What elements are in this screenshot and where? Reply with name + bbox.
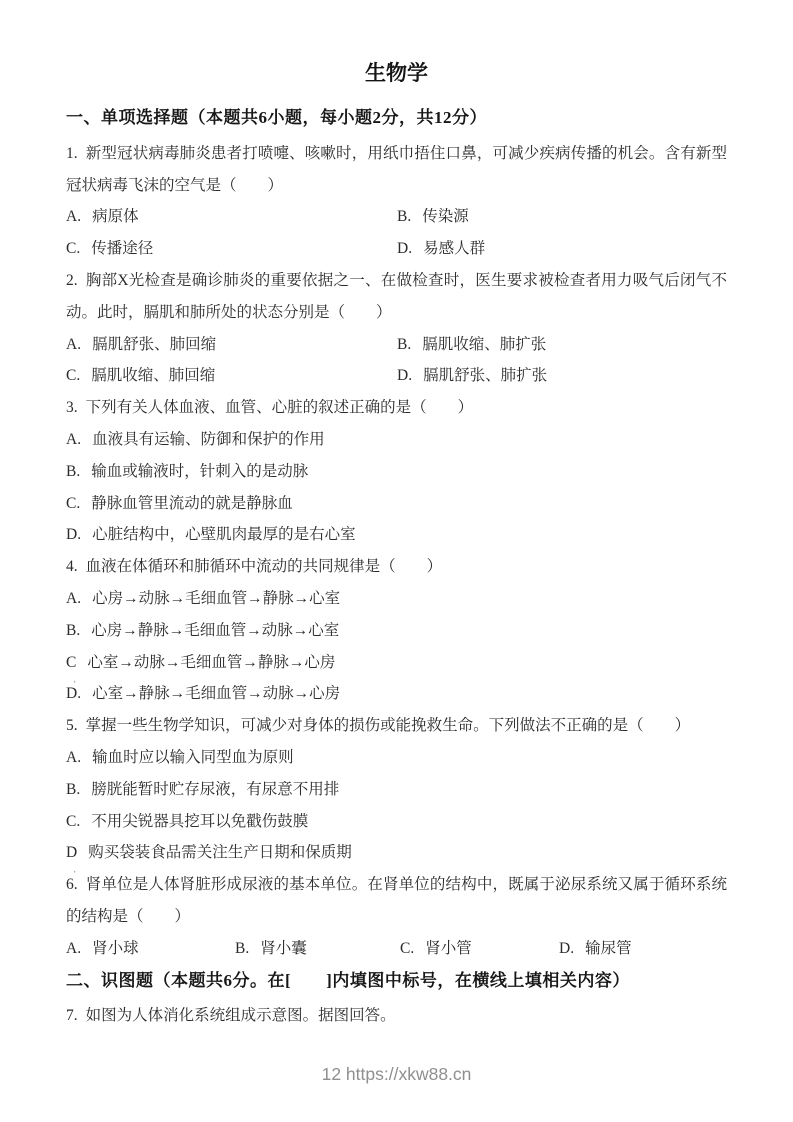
option: B.心房→静脉→毛细血管→动脉→心室 — [66, 615, 727, 647]
option-label: D. — [66, 526, 81, 543]
option-row: A.血液具有运输、防御和保护的作用 — [66, 424, 727, 456]
option-label: D. — [397, 240, 412, 257]
option-label: D. — [66, 685, 81, 702]
option-text: 心室→静脉→毛细血管→动脉→心房 — [92, 685, 340, 702]
option: A.血液具有运输、防御和保护的作用 — [66, 424, 727, 456]
section-heading: 一、单项选择题（本题共6小题，每小题2分，共12分） — [66, 102, 727, 134]
option-label: A. — [66, 590, 81, 607]
option: C.肾小管 — [400, 933, 559, 965]
option-label: C — [66, 654, 76, 671]
option: C.传播途径 — [66, 233, 397, 265]
question-stem-text: 肾单位是人体肾脏形成尿液的基本单位。在肾单位的结构中，既属于泌尿系统又属于循环系… — [66, 876, 727, 925]
option-label: D. — [559, 940, 574, 957]
option-text: 购买袋装食品需关注生产日期和保质期 — [88, 844, 352, 861]
question-stem-text: 掌握一些生物学知识，可减少对身体的损伤或能挽救生命。下列做法不正确的是（ ） — [86, 717, 691, 734]
option-row: C.传播途径D.易感人群 — [66, 233, 727, 265]
stray-mark: ˈ — [73, 860, 77, 892]
question-number: 4. — [66, 558, 78, 575]
option-label: C. — [66, 813, 80, 830]
option-text: 膀胱能暂时贮存尿液，有尿意不用排 — [91, 781, 339, 798]
option: B.膈肌收缩、肺扩张 — [397, 329, 727, 361]
question-stem: 4.血液在体循环和肺循环中流动的共同规律是（ ） — [66, 551, 727, 583]
option-label: A. — [66, 431, 81, 448]
option: D.膈肌舒张、肺扩张 — [397, 360, 727, 392]
option-label: B. — [66, 781, 80, 798]
option-label: D. — [397, 367, 412, 384]
question-number: 5. — [66, 717, 78, 734]
question-number: 3. — [66, 399, 78, 416]
option-label: C. — [400, 940, 414, 957]
question-stem: 6.肾单位是人体肾脏形成尿液的基本单位。在肾单位的结构中，既属于泌尿系统又属于循… — [66, 869, 727, 933]
option: D购买袋装食品需关注生产日期和保质期ˈ — [66, 837, 727, 869]
option-text: 膈肌舒张、肺扩张 — [423, 367, 547, 384]
option-label: A. — [66, 208, 81, 225]
option-row: B.心房→静脉→毛细血管→动脉→心室 — [66, 615, 727, 647]
option-row: C.膈肌收缩、肺回缩D.膈肌舒张、肺扩张 — [66, 360, 727, 392]
question-number: 1. — [66, 145, 78, 162]
option-label: A. — [66, 336, 81, 353]
question-stem-text: 下列有关人体血液、血管、心脏的叙述正确的是（ ） — [86, 399, 474, 416]
question-number: 2. — [66, 272, 78, 289]
option-label: C. — [66, 367, 80, 384]
question-stem-text: 胸部X光检查是确诊肺炎的重要依据之一、在做检查时，医生要求被检查者用力吸气后闭气… — [66, 272, 727, 321]
option: B.传染源 — [397, 201, 727, 233]
option-row: B.膀胱能暂时贮存尿液，有尿意不用排 — [66, 774, 727, 806]
option: C.静脉血管里流动的就是静脉血 — [66, 488, 727, 520]
option-text: 病原体 — [92, 208, 139, 225]
question: 7.如图为人体消化系统组成示意图。据图回答。 — [66, 1000, 727, 1032]
option-row: A.膈肌舒张、肺回缩B.膈肌收缩、肺扩张 — [66, 329, 727, 361]
question-stem: 2.胸部X光检查是确诊肺炎的重要依据之一、在做检查时，医生要求被检查者用力吸气后… — [66, 265, 727, 329]
page-footer: 12 https://xkw88.cn — [0, 1064, 793, 1085]
option-text: 肾小囊 — [260, 940, 307, 957]
exam-page: 生物学 一、单项选择题（本题共6小题，每小题2分，共12分）1.新型冠状病毒肺炎… — [0, 0, 793, 1122]
option: D.心脏结构中，心壁肌肉最厚的是右心室 — [66, 519, 727, 551]
option-text: 心房→动脉→毛细血管→静脉→心室 — [92, 590, 340, 607]
option-text: 不用尖锐器具挖耳以免戳伤鼓膜 — [91, 813, 308, 830]
option: D.易感人群 — [397, 233, 727, 265]
question-stem-text: 新型冠状病毒肺炎患者打喷嚏、咳嗽时，用纸巾捂住口鼻，可减少疾病传播的机会。含有新… — [66, 145, 727, 194]
option-label: B. — [397, 336, 411, 353]
option: D.输尿管 — [559, 933, 727, 965]
option-text: 肾小管 — [425, 940, 472, 957]
option-label: C. — [66, 495, 80, 512]
option-label: B. — [66, 463, 80, 480]
option-text: 静脉血管里流动的就是静脉血 — [91, 495, 293, 512]
question: 5.掌握一些生物学知识，可减少对身体的损伤或能挽救生命。下列做法不正确的是（ ）… — [66, 710, 727, 869]
option-text: 膈肌收缩、肺回缩 — [91, 367, 215, 384]
document-body: 一、单项选择题（本题共6小题，每小题2分，共12分）1.新型冠状病毒肺炎患者打喷… — [66, 102, 727, 1032]
option-row: D购买袋装食品需关注生产日期和保质期ˈ — [66, 837, 727, 869]
option: B.膀胱能暂时贮存尿液，有尿意不用排 — [66, 774, 727, 806]
option-text: 传染源 — [422, 208, 469, 225]
option: C.不用尖锐器具挖耳以免戳伤鼓膜 — [66, 806, 727, 838]
option-row: A.心房→动脉→毛细血管→静脉→心室 — [66, 583, 727, 615]
option-text: 心房→静脉→毛细血管→动脉→心室 — [91, 622, 339, 639]
option: B.肾小囊 — [235, 933, 400, 965]
option-text: 易感人群 — [423, 240, 485, 257]
option: D.心室→静脉→毛细血管→动脉→心房 — [66, 678, 727, 710]
option-row: A.输血时应以输入同型血为原则 — [66, 742, 727, 774]
option: A.心房→动脉→毛细血管→静脉→心室 — [66, 583, 727, 615]
option-label: A. — [66, 940, 81, 957]
question: 4.血液在体循环和肺循环中流动的共同规律是（ ）A.心房→动脉→毛细血管→静脉→… — [66, 551, 727, 710]
exam-title: 生物学 — [66, 56, 727, 90]
option-text: 输尿管 — [585, 940, 632, 957]
option: C心室→动脉→毛细血管→静脉→心房ˈ — [66, 647, 727, 679]
option-text: 心脏结构中，心壁肌肉最厚的是右心室 — [92, 526, 356, 543]
question-stem-text: 血液在体循环和肺循环中流动的共同规律是（ ） — [86, 558, 443, 575]
question-stem-text: 如图为人体消化系统组成示意图。据图回答。 — [86, 1007, 396, 1024]
option-row: C心室→动脉→毛细血管→静脉→心房ˈ — [66, 647, 727, 679]
option-label: C. — [66, 240, 80, 257]
question: 1.新型冠状病毒肺炎患者打喷嚏、咳嗽时，用纸巾捂住口鼻，可减少疾病传播的机会。含… — [66, 138, 727, 265]
option-row: A.病原体B.传染源 — [66, 201, 727, 233]
option-label: B. — [397, 208, 411, 225]
option-text: 输血或输液时，针刺入的是动脉 — [91, 463, 308, 480]
option-text: 血液具有运输、防御和保护的作用 — [92, 431, 325, 448]
question-stem: 3.下列有关人体血液、血管、心脏的叙述正确的是（ ） — [66, 392, 727, 424]
question: 2.胸部X光检查是确诊肺炎的重要依据之一、在做检查时，医生要求被检查者用力吸气后… — [66, 265, 727, 392]
option-label: A. — [66, 749, 81, 766]
question-stem: 1.新型冠状病毒肺炎患者打喷嚏、咳嗽时，用纸巾捂住口鼻，可减少疾病传播的机会。含… — [66, 138, 727, 202]
option-text: 肾小球 — [92, 940, 139, 957]
option-row: A.肾小球B.肾小囊C.肾小管D.输尿管 — [66, 933, 727, 965]
option: A.输血时应以输入同型血为原则 — [66, 742, 727, 774]
option-text: 膈肌舒张、肺回缩 — [92, 336, 216, 353]
option-text: 心室→动脉→毛细血管→静脉→心房 — [87, 654, 335, 671]
option-row: C.不用尖锐器具挖耳以免戳伤鼓膜 — [66, 806, 727, 838]
option-row: C.静脉血管里流动的就是静脉血 — [66, 488, 727, 520]
option-text: 输血时应以输入同型血为原则 — [92, 749, 294, 766]
option-text: 传播途径 — [91, 240, 153, 257]
option-label: B. — [66, 622, 80, 639]
option-label: B. — [235, 940, 249, 957]
section-heading: 二、识图题（本题共6分。在[ ]内填图中标号，在横线上填相关内容） — [66, 965, 727, 997]
footer-text: 12 https://xkw88.cn — [322, 1064, 472, 1084]
question: 3.下列有关人体血液、血管、心脏的叙述正确的是（ ）A.血液具有运输、防御和保护… — [66, 392, 727, 551]
question-stem: 5.掌握一些生物学知识，可减少对身体的损伤或能挽救生命。下列做法不正确的是（ ） — [66, 710, 727, 742]
option-label: D — [66, 844, 77, 861]
question-stem: 7.如图为人体消化系统组成示意图。据图回答。 — [66, 1000, 727, 1032]
question-number: 7. — [66, 1007, 78, 1024]
option-row: D.心脏结构中，心壁肌肉最厚的是右心室 — [66, 519, 727, 551]
option: A.膈肌舒张、肺回缩 — [66, 329, 397, 361]
option: A.肾小球 — [66, 933, 235, 965]
option: B.输血或输液时，针刺入的是动脉 — [66, 456, 727, 488]
option: A.病原体 — [66, 201, 397, 233]
question: 6.肾单位是人体肾脏形成尿液的基本单位。在肾单位的结构中，既属于泌尿系统又属于循… — [66, 869, 727, 964]
option-row: B.输血或输液时，针刺入的是动脉 — [66, 456, 727, 488]
option-row: D.心室→静脉→毛细血管→动脉→心房 — [66, 678, 727, 710]
option-text: 膈肌收缩、肺扩张 — [422, 336, 546, 353]
option: C.膈肌收缩、肺回缩 — [66, 360, 397, 392]
